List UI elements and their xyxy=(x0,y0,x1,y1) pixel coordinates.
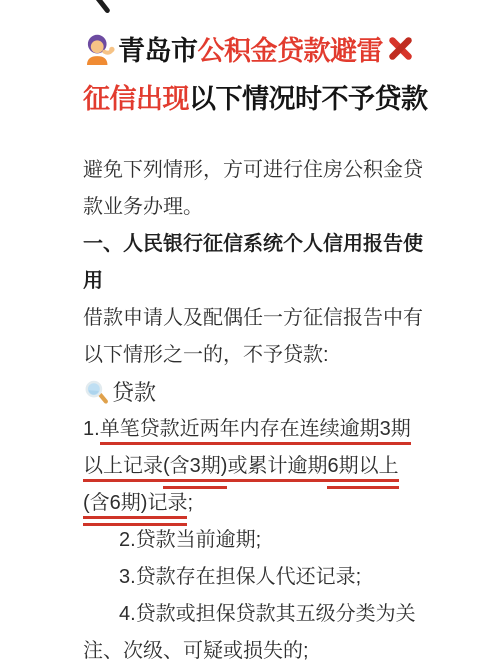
body-line-segment: ; xyxy=(187,492,193,514)
body-line-text: 4.贷款或担保贷款其五级分类为关 xyxy=(119,603,416,625)
body-text: 避免下列情形，方可进行住房公积金贷款业务办理。一、人民银行征信系统个人信用报告使… xyxy=(83,152,490,666)
body-line-segment: 或累计逾期 xyxy=(227,455,327,492)
person-tipping-hand-icon xyxy=(83,33,115,65)
body-line-text: 一、人民银行征信系统个人信用报告使 xyxy=(83,233,423,255)
title2-black-part: 以下情况时不予贷款 xyxy=(189,77,428,116)
title-city: 青岛市 xyxy=(118,29,198,68)
body-line: 2.贷款当前逾期; xyxy=(83,522,490,559)
note-page: 青岛市公积金贷款避雷 征信出现以下情况时不予贷款 避免下列情形，方可进行住房公积… xyxy=(0,0,500,666)
body-line: 以上记录(含3期)或累计逾期6期以上 xyxy=(83,448,490,485)
title2-red-part: 征信出现 xyxy=(83,77,189,116)
body-line: 以下情形之一的，不予贷款: xyxy=(83,337,490,374)
body-line: 款业务办理。 xyxy=(83,189,490,226)
body-line-text: 3.贷款存在担保人代还记录; xyxy=(119,566,361,588)
body-line-text: 贷款 xyxy=(112,374,156,411)
body-line: 1.单笔贷款近两年内存在连续逾期3期 xyxy=(83,411,490,448)
body-line-text: 借款申请人及配偶任一方征信报告中有 xyxy=(83,307,423,329)
body-line: 4.贷款或担保贷款其五级分类为关 xyxy=(83,596,490,633)
cross-mark-icon xyxy=(386,34,415,63)
body-line: 用 xyxy=(83,263,490,300)
body-line: 贷款 xyxy=(83,374,490,411)
body-line: 3.贷款存在担保人代还记录; xyxy=(83,559,490,596)
body-line-text: 避免下列情形，方可进行住房公积金贷 xyxy=(83,159,423,181)
stroke-mark xyxy=(92,0,111,14)
body-line-text: 2.贷款当前逾期; xyxy=(119,529,261,551)
title-line-1: 青岛市公积金贷款避雷 xyxy=(83,29,415,68)
title-red-part: 公积金贷款避雷 xyxy=(198,29,384,68)
body-line: 借款申请人及配偶任一方征信报告中有 xyxy=(83,300,490,337)
body-line-segment: 6期以上 xyxy=(327,455,398,492)
body-line: 注、次级、可疑或损失的; xyxy=(83,633,490,666)
body-line-text: 注、次级、可疑或损失的; xyxy=(83,640,309,662)
body-line-text: 以下情形之一的，不予贷款: xyxy=(83,344,329,366)
magnifier-icon xyxy=(83,379,110,406)
body-line-text: 用 xyxy=(83,270,103,292)
body-line: 避免下列情形，方可进行住房公积金贷 xyxy=(83,152,490,189)
body-line-segment: 1. xyxy=(83,418,100,440)
body-line-text: 款业务办理。 xyxy=(83,196,203,218)
body-line: 一、人民银行征信系统个人信用报告使 xyxy=(83,226,490,263)
title-line-2: 征信出现以下情况时不予贷款 xyxy=(83,77,428,116)
